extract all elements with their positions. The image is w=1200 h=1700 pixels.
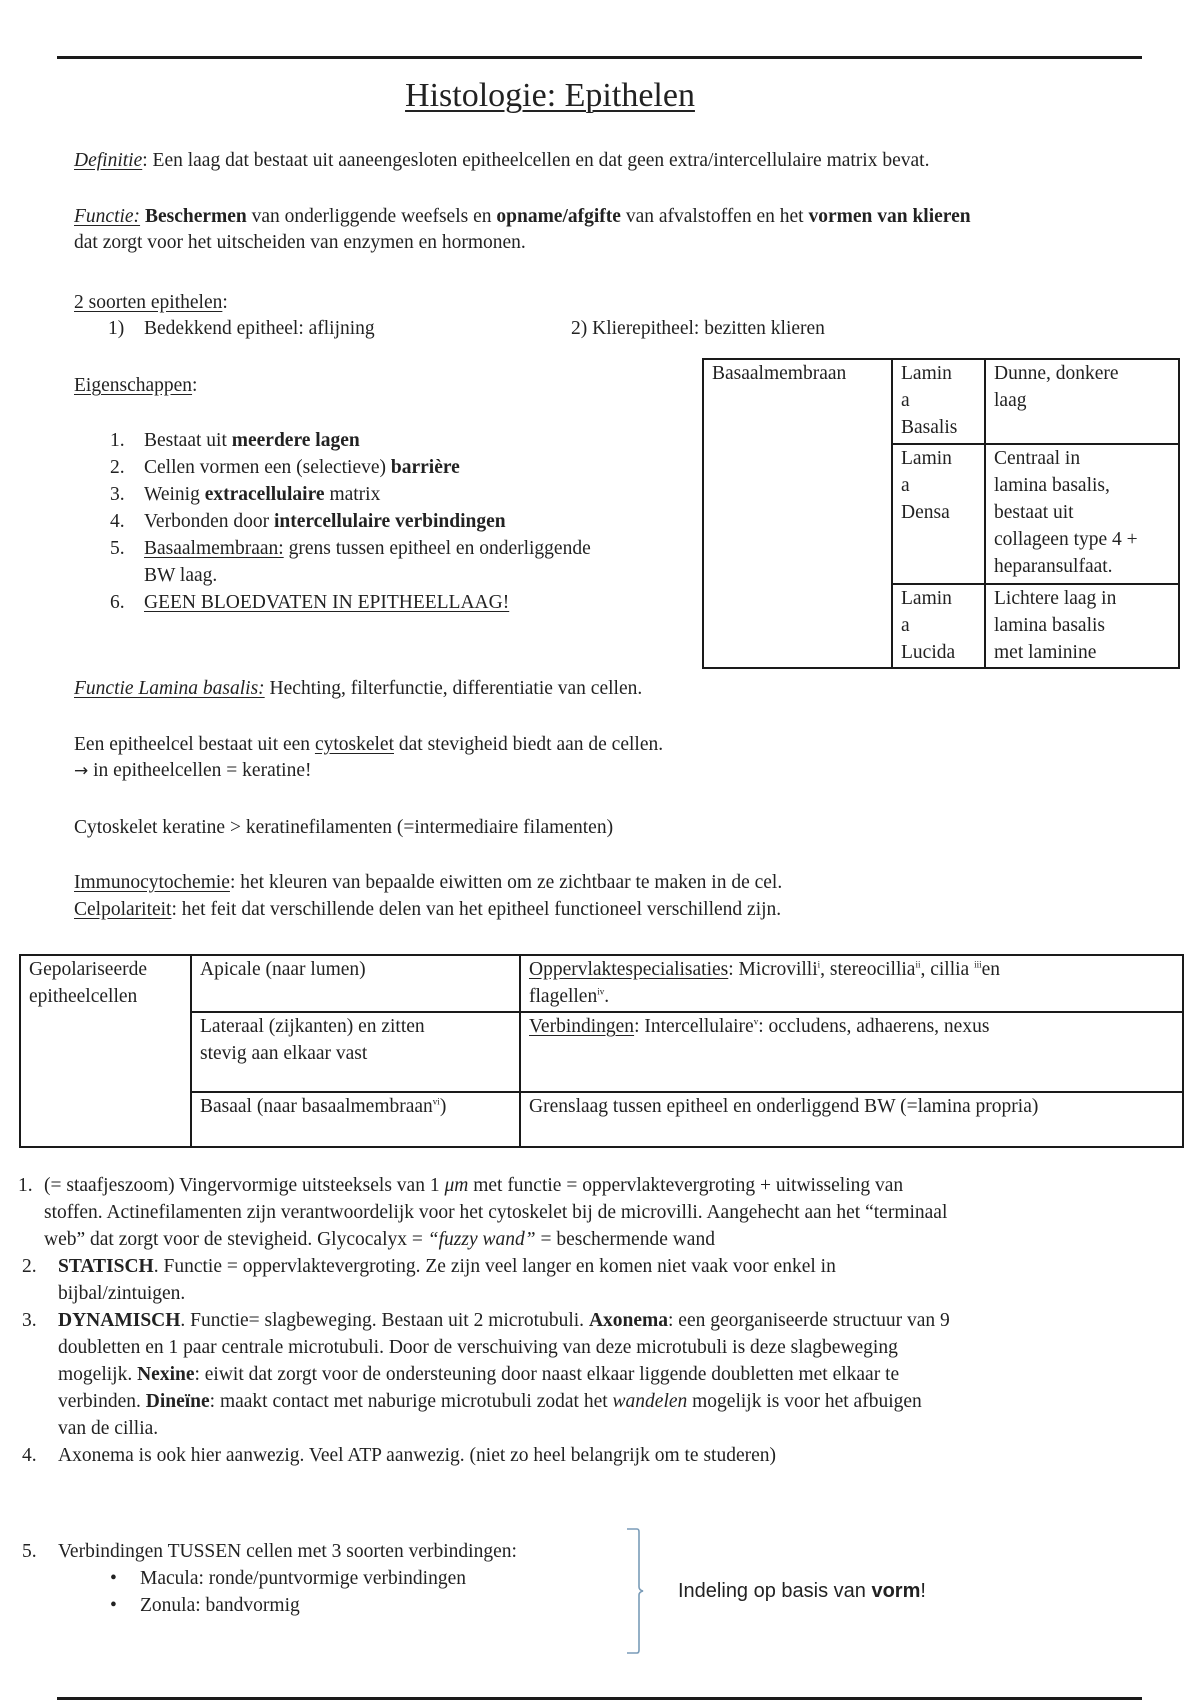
definition-text: : Een laag dat bestaat uit aaneengeslote… (142, 150, 929, 171)
table-cell: Lateraal (zijkanten) en zittenstevig aan… (191, 1012, 520, 1092)
right-brace-icon (620, 1525, 650, 1657)
footnote-1-line2: stoffen. Actinefilamenten zijn verantwoo… (44, 1200, 947, 1226)
footnote-3: 3.DYNAMISCH. Functie= slagbeweging. Best… (22, 1308, 950, 1334)
property-item-5-line2: BW laag. (144, 563, 217, 589)
type-item-1: 1)Bedekkend epitheel: aflijning (108, 316, 375, 342)
cell-polarity-line: Celpolariteit: het feit dat verschillend… (74, 897, 781, 923)
keratine-filament-line: Cytoskelet keratine > keratinefilamenten… (74, 815, 613, 841)
top-rule (57, 56, 1142, 59)
table-cell: Centraal inlamina basalis,bestaat uitcol… (985, 444, 1179, 584)
table-header-cell: Basaalmembraan (703, 359, 892, 668)
footnote-4: 4.Axonema is ook hier aanwezig. Veel ATP… (22, 1443, 776, 1469)
footnote-3-line4: verbinden. Dineïne: maakt contact met na… (58, 1389, 922, 1415)
table-header-cell: Gepolariseerdeepitheelcellen (20, 955, 191, 1147)
table-cell: Apicale (naar lumen) (191, 955, 520, 1012)
type-item-2: 2) Klierepitheel: bezitten klieren (571, 316, 825, 342)
basal-membrane-table: Basaalmembraan LaminaBasalis Dunne, donk… (702, 358, 1180, 669)
footnote-3-line3: mogelijk. Nexine: eiwit dat zorgt voor d… (58, 1362, 899, 1388)
table-cell: LaminaBasalis (892, 359, 985, 444)
lamina-function-line: Functie Lamina basalis: Hechting, filter… (74, 676, 642, 702)
definition-label: Definitie (74, 150, 142, 171)
table-cell: LaminaLucida (892, 584, 985, 668)
immunocytochemistry-line: Immunocytochemie: het kleuren van bepaal… (74, 870, 782, 896)
arrow-right-icon: → (74, 761, 88, 781)
definition-line: Definitie: Een laag dat bestaat uit aane… (74, 148, 929, 174)
bullet-icon: • (110, 1593, 140, 1619)
footnote-1-line3: web” dat zorgt voor de stevigheid. Glyco… (44, 1227, 715, 1253)
cytoskeleton-line: Een epitheelcel bestaat uit een cytoskel… (74, 732, 663, 758)
table-row: Basaal (naar basaalmembraanvi) Grenslaag… (20, 1092, 1183, 1147)
function-line-2: dat zorgt voor het uitscheiden van enzym… (74, 230, 526, 256)
brace-note: Indeling op basis van vorm! (678, 1578, 926, 1604)
function-line: Functie: Beschermen van onderliggende we… (74, 204, 971, 230)
property-item: 4.Verbonden door intercellulaire verbind… (110, 509, 506, 535)
properties-heading: Eigenschappen: (74, 373, 197, 399)
types-heading: 2 soorten epithelen: (74, 290, 228, 316)
list-item: •Macula: ronde/puntvormige verbindingen (110, 1566, 466, 1592)
property-item: 5.Basaalmembraan: grens tussen epitheel … (110, 536, 591, 562)
page-title: Histologie: Epithelen (0, 74, 1100, 118)
footnote-2-line2: bijbal/zintuigen. (58, 1281, 185, 1307)
property-item: 2.Cellen vormen een (selectieve) barrièr… (110, 455, 460, 481)
property-item: 6.GEEN BLOEDVATEN IN EPITHEELLAAG! (110, 590, 509, 616)
footnote-3-line5: van de cillia. (58, 1416, 158, 1442)
table-cell: Lichtere laag inlamina basalismet lamini… (985, 584, 1179, 668)
polarized-cells-table: Gepolariseerdeepitheelcellen Apicale (na… (19, 954, 1184, 1148)
table-row: Gepolariseerdeepitheelcellen Apicale (na… (20, 955, 1183, 1012)
table-cell: Verbindingen: Intercellulairev: occluden… (520, 1012, 1183, 1092)
footnote-2: 2.STATISCH. Functie = oppervlaktevergrot… (22, 1254, 836, 1280)
list-item: •Zonula: bandvormig (110, 1593, 300, 1619)
footnote-5: 5.Verbindingen TUSSEN cellen met 3 soort… (22, 1539, 517, 1565)
footnote-3-line2: doubletten en 1 paar centrale microtubul… (58, 1335, 898, 1361)
property-item: 1.Bestaat uit meerdere lagen (110, 428, 360, 454)
footnote-1: 1.(= staafjeszoom) Vingervormige uitstee… (18, 1173, 903, 1199)
keratine-line: → in epitheelcellen = keratine! (74, 758, 311, 784)
table-cell: Grenslaag tussen epitheel en onderliggen… (520, 1092, 1183, 1147)
bullet-icon: • (110, 1566, 140, 1592)
table-cell: Oppervlaktespecialisaties: Microvillii, … (520, 955, 1183, 1012)
function-label: Functie: (74, 206, 140, 227)
table-cell: LaminaDensa (892, 444, 985, 584)
table-cell: Basaal (naar basaalmembraanvi) (191, 1092, 520, 1147)
property-item: 3.Weinig extracellulaire matrix (110, 482, 380, 508)
table-row: Basaalmembraan LaminaBasalis Dunne, donk… (703, 359, 1179, 444)
table-row: Lateraal (zijkanten) en zittenstevig aan… (20, 1012, 1183, 1092)
table-cell: Dunne, donkerelaag (985, 359, 1179, 444)
